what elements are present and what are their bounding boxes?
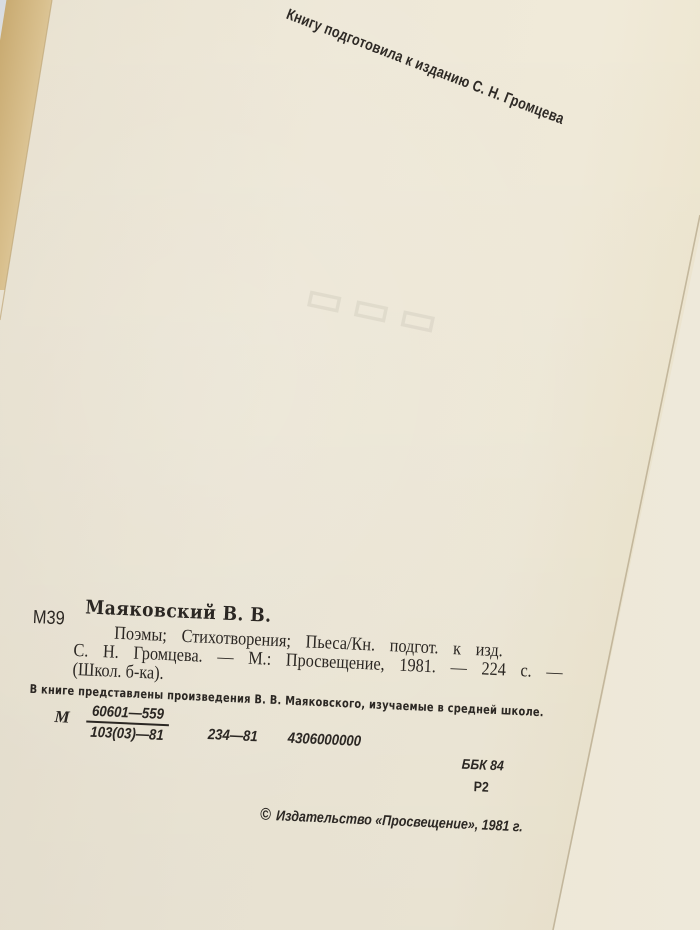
udc-code: Р2	[473, 778, 489, 795]
order-code: 234—81	[207, 726, 258, 745]
number-code: 4306000000	[287, 730, 361, 750]
index-fraction: 60601—559 103(03)—81	[85, 703, 169, 745]
series-line: (Школ. б-ка).	[72, 660, 164, 685]
index-letter: М	[54, 707, 70, 728]
classification-code: М39	[32, 607, 65, 630]
bbk-code: ББК 84	[461, 756, 504, 774]
index-denominator: 103(03)—81	[85, 723, 168, 745]
copyright-icon: ©	[260, 804, 272, 823]
